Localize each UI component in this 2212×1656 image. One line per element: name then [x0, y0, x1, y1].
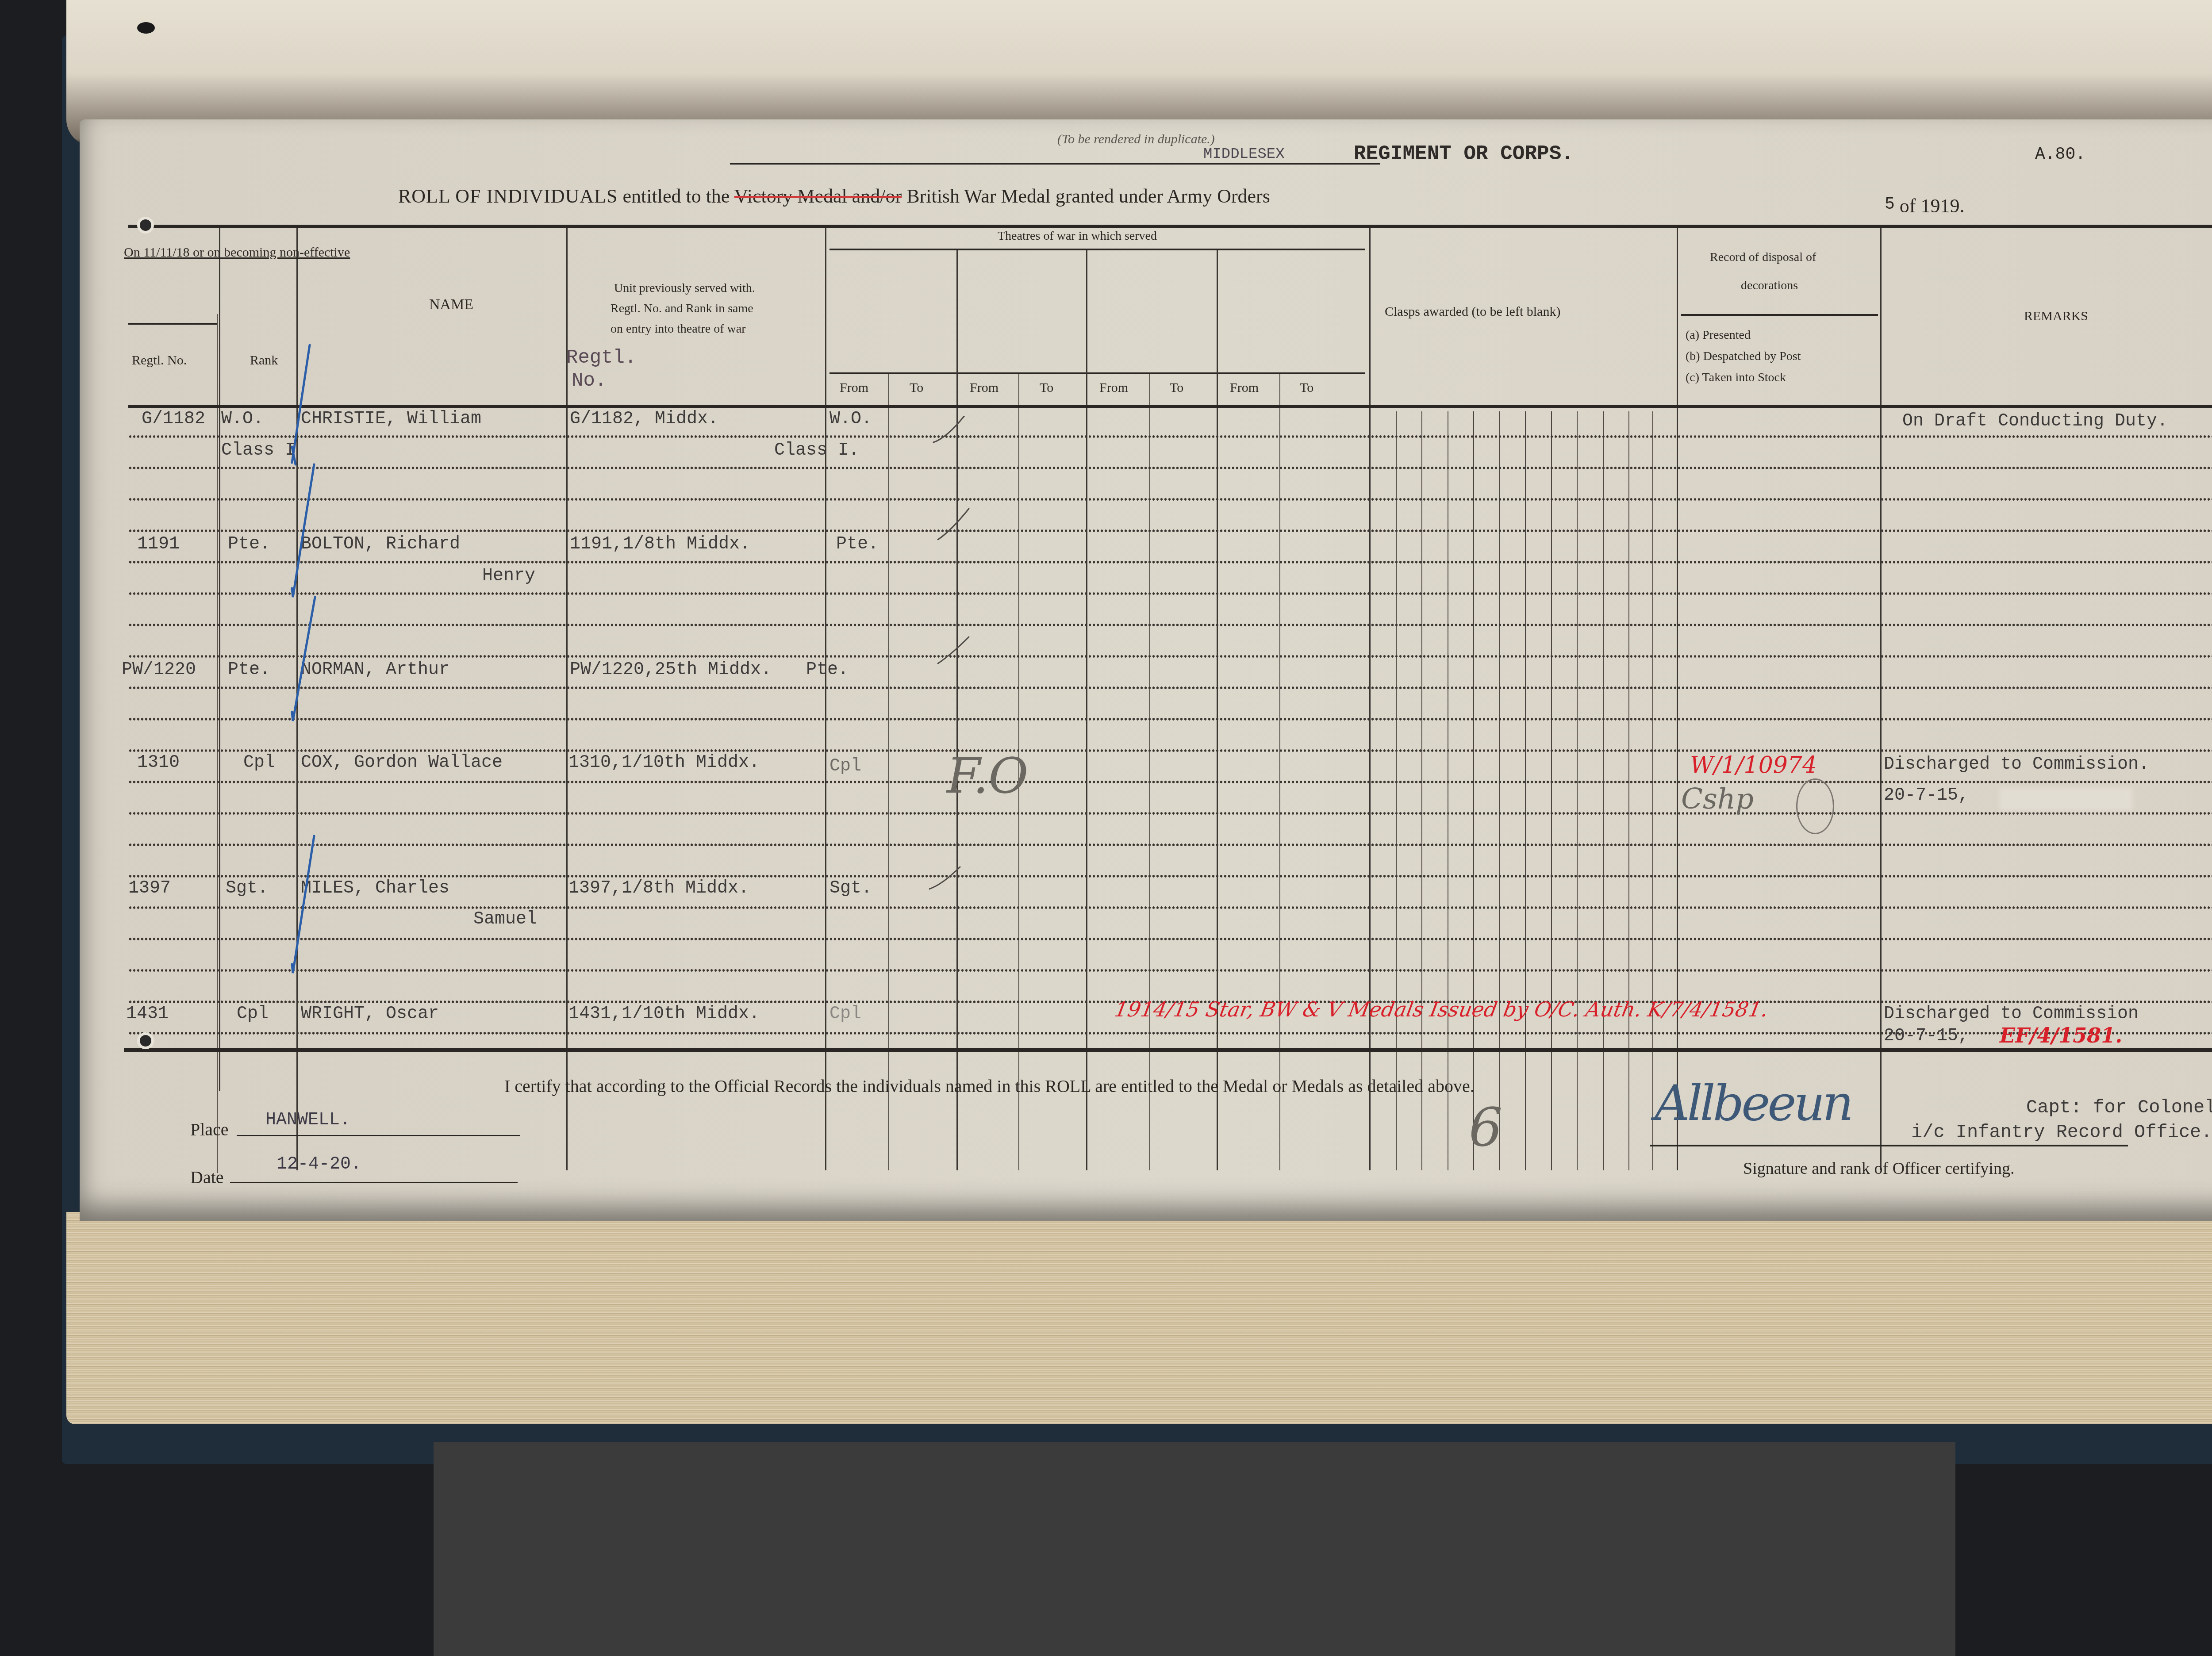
- remarks: On Draft Conducting Duty.: [1902, 411, 2168, 431]
- col-divider-remarks: [1880, 228, 1882, 1170]
- clasp-col-8: [1577, 411, 1578, 1170]
- header-bottom-rule: [128, 405, 2212, 408]
- name-line2: Henry: [482, 566, 535, 586]
- theatres-subrule: [829, 249, 1365, 250]
- regtl-no: 1431: [126, 1004, 169, 1024]
- header-name: NAME: [429, 296, 473, 313]
- unit-rank: Cpl: [829, 1004, 861, 1024]
- header-disposal-b: (b) Despatched by Post: [1686, 349, 1801, 364]
- status-subrule: [128, 323, 217, 325]
- header-rank: Rank: [250, 353, 278, 368]
- dotted-line: [128, 467, 2212, 469]
- page-edges: [66, 1212, 2212, 1424]
- header-to-2: To: [1040, 380, 1053, 395]
- dotted-line: [128, 875, 2212, 878]
- rank: Cpl: [237, 1004, 269, 1024]
- clasp-col-10: [1628, 411, 1629, 1170]
- clasp-col-9: [1603, 411, 1604, 1170]
- remarks-line2: 20-7-15,: [1884, 786, 1969, 805]
- col-divider-theatres: [825, 228, 826, 1170]
- dotted-line: [128, 843, 2212, 846]
- header-remarks: REMARKS: [2024, 309, 2088, 324]
- unit-rank: Pte.: [806, 660, 849, 680]
- unit-rank-line2: Class I.: [774, 441, 859, 460]
- table-top-rule: [128, 225, 2212, 228]
- officer-signature: Allbeeun: [1655, 1075, 1851, 1131]
- header-unit-typed-1: Regtl.: [566, 347, 636, 369]
- table-surface: [434, 1442, 1955, 1656]
- regtl-no: 1191: [137, 534, 180, 554]
- pencil-tick-marks-icon: [929, 416, 982, 1035]
- regiment-label: REGIMENT OR CORPS.: [1354, 142, 1574, 165]
- table-bottom-rule: [124, 1048, 2212, 1052]
- col-divider-unit: [566, 228, 568, 1170]
- dotted-line: [128, 969, 2212, 972]
- dotted-line: [128, 435, 2212, 438]
- regtl-no: 1310: [137, 753, 180, 773]
- regtl-rank-divider: [217, 324, 218, 1173]
- unit: 1397,1/8th Middx.: [568, 878, 749, 898]
- date-value: 12-4-20.: [276, 1154, 361, 1174]
- place-value: HANWELL.: [265, 1110, 350, 1130]
- dotted-line: [128, 592, 2212, 595]
- army-order: 5 of 1919.: [1885, 195, 1964, 218]
- dotted-line: [128, 812, 2212, 815]
- name-line2: Samuel: [473, 909, 537, 929]
- header-disposal-2: decorations: [1741, 279, 1798, 293]
- dotted-line: [128, 781, 2212, 783]
- clasp-col-5: [1499, 411, 1500, 1170]
- clasp-col-2: [1421, 411, 1422, 1170]
- unit: G/1182, Middx.: [570, 409, 718, 429]
- header-unit-typed-2: No.: [572, 370, 607, 392]
- officer-rank-line2: i/c Infantry Record Office.: [1911, 1122, 2212, 1143]
- army-order-number: 5: [1885, 195, 1895, 214]
- theatres-fromto-rule: [829, 372, 1365, 374]
- header-disposal-a: (a) Presented: [1686, 328, 1751, 342]
- army-order-year: of 1919.: [1900, 195, 1965, 217]
- roll-title-post: British War Medal granted under Army Ord…: [906, 185, 1270, 207]
- dotted-line: [128, 686, 2212, 689]
- header-from-4: From: [1230, 380, 1259, 395]
- form-code: A.80.: [2035, 145, 2085, 164]
- header-theatres: Theatres of war in which served: [998, 229, 1157, 243]
- erased-text-smudge: [2000, 788, 2132, 810]
- header-from-3: From: [1099, 380, 1128, 395]
- dotted-line: [128, 938, 2212, 940]
- pencil-page-number: 6: [1469, 1097, 1502, 1158]
- rank: Pte.: [228, 534, 270, 554]
- header-unit-line2: Regtl. No. and Rank in same: [611, 302, 753, 316]
- col-divider-disposal: [1677, 228, 1678, 1170]
- roll-title-bold: ROLL OF INDIVIDUALS: [398, 185, 618, 207]
- header-unit-line3: on entry into theatre of war: [611, 322, 746, 336]
- header-regtl-no: Regtl. No.: [132, 353, 187, 368]
- unit-rank: Pte.: [836, 534, 879, 554]
- unit-rank: Sgt.: [829, 878, 872, 898]
- duplicate-note: (To be rendered in duplicate.): [1057, 132, 1215, 147]
- name: COX, Gordon Wallace: [301, 753, 503, 773]
- clasp-col-4: [1473, 411, 1474, 1170]
- rank: Cpl: [243, 753, 275, 773]
- remarks: Discharged to Commission: [1884, 1004, 2139, 1024]
- clasp-col-11: [1652, 411, 1653, 1170]
- col-divider-clasps: [1369, 228, 1371, 1170]
- name: CHRISTIE, William: [301, 409, 481, 429]
- clasp-col-7: [1551, 411, 1552, 1170]
- header-to-1: To: [910, 380, 923, 395]
- regiment-value: MIDDLESEX: [1203, 146, 1285, 163]
- clasp-col-3: [1448, 411, 1448, 1170]
- header-unit-line1: Unit previously served with.: [614, 281, 755, 295]
- regtl-no: PW/1220: [122, 660, 196, 680]
- certification-statement: I certify that according to the Official…: [504, 1076, 1475, 1096]
- dotted-line: [128, 906, 2212, 909]
- regtl-no: 1397: [128, 878, 171, 898]
- disposal-pencil-note: Cshp: [1681, 783, 1754, 816]
- unit: PW/1220,25th Middx.: [570, 660, 772, 680]
- header-from-1: From: [840, 380, 868, 395]
- date-underline: [230, 1182, 518, 1183]
- unit: 1310,1/10th Middx.: [568, 753, 760, 773]
- dotted-line: [128, 498, 2212, 501]
- place-label: Place: [190, 1119, 229, 1140]
- clasp-col-6: [1525, 411, 1526, 1170]
- signature-underline: [1650, 1145, 2128, 1146]
- remarks: Discharged to Commission.: [1884, 755, 2149, 774]
- rank: W.O.: [221, 409, 264, 429]
- binding-hole-bottom: [137, 1032, 154, 1049]
- ink-blot: [137, 22, 155, 34]
- header-status-group: On 11/11/18 or on becoming non-effective: [124, 245, 217, 260]
- medal-issue-annotation: 1914/15 Star, BW & V Medals Issued by O/…: [1113, 997, 1770, 1021]
- dotted-line: [128, 655, 2212, 658]
- clasp-col-1: [1396, 411, 1397, 1170]
- document-page: (To be rendered in duplicate.) MIDDLESEX…: [80, 119, 2212, 1221]
- header-from-2: From: [970, 380, 998, 395]
- rank: Pte.: [228, 660, 270, 680]
- unit-rank: W.O.: [829, 409, 872, 429]
- officer-rank-line1: Capt: for Colonel,: [2026, 1097, 2212, 1118]
- binding-hole-top: [137, 217, 154, 234]
- date-label: Date: [190, 1167, 224, 1188]
- header-disposal-1: Record of disposal of: [1710, 250, 1816, 264]
- rank: Sgt.: [226, 878, 268, 898]
- disposal-subrule: [1681, 314, 1878, 316]
- dotted-line: [128, 561, 2212, 563]
- roll-title-struck: Victory Medal and/or: [734, 185, 902, 207]
- roll-title-pre: entitled to the: [622, 185, 730, 207]
- regtl-no: G/1182: [142, 409, 205, 429]
- blue-tick-marks-icon: [274, 336, 327, 1044]
- dotted-line: [128, 624, 2212, 626]
- unit: 1191,1/8th Middx.: [570, 534, 750, 554]
- dotted-line: [128, 529, 2212, 532]
- roll-title: ROLL OF INDIVIDUALS entitled to the Vict…: [398, 185, 1270, 207]
- remarks-line2: 20-7-15,: [1884, 1026, 1969, 1046]
- dotted-line: [128, 749, 2212, 752]
- header-disposal-c: (c) Taken into Stock: [1686, 371, 1786, 385]
- place-underline: [237, 1135, 520, 1136]
- header-clasps: Clasps awarded (to be left blank): [1385, 304, 1560, 319]
- dotted-line: [128, 718, 2212, 721]
- pencil-circle-mark: [1796, 778, 1834, 834]
- header-to-3: To: [1170, 380, 1183, 395]
- unit-rank: Cpl: [829, 756, 861, 776]
- remarks-red-reference: EF/4/1581.: [2000, 1023, 2122, 1047]
- regiment-underline: [730, 163, 1380, 165]
- header-to-4: To: [1300, 380, 1313, 395]
- unit: 1431,1/10th Middx.: [568, 1004, 760, 1024]
- col-divider-status: [219, 228, 220, 1091]
- disposal-reference: W/1/10974: [1690, 752, 1817, 778]
- signature-caption: Signature and rank of Officer certifying…: [1743, 1159, 2014, 1178]
